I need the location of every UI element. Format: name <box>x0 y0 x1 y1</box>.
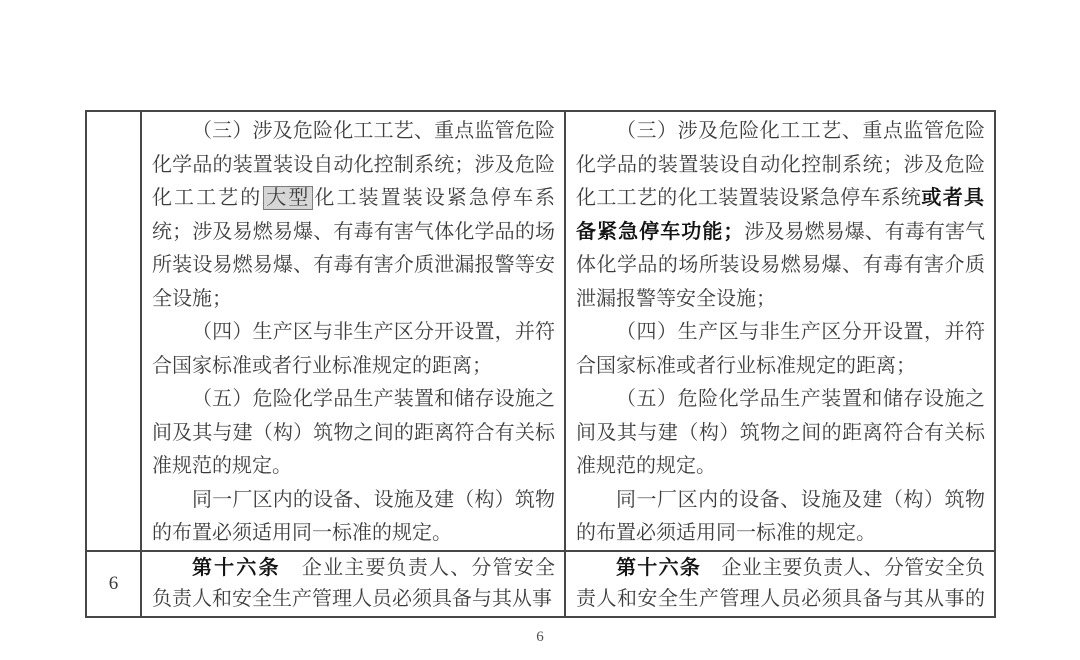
highlighted-term-box: 大型 <box>263 186 313 210</box>
article16-cell-original: 第十六条 企业主要负责人、分管安全负责人和安全生产管理人员必须具备与其从事 <box>142 552 566 616</box>
clause-paragraph-5-revised: （五）危险化学品生产装置和储存设施之间及其与建（构）筑物之间的距离符合有关标准规… <box>576 383 985 484</box>
clause-paragraph-same-plant-original: 同一厂区内的设备、设施及建（构）筑物的布置必须适用同一标准的规定。 <box>152 484 555 551</box>
article16-paragraph-original: 第十六条 企业主要负责人、分管安全负责人和安全生产管理人员必须具备与其从事 <box>152 553 555 615</box>
clause-cell-original: （三）涉及危险化工工艺、重点监管危险化学品的装置装设自动化控制系统；涉及危险化工… <box>142 112 566 552</box>
clause-paragraph-4-revised: （四）生产区与非生产区分开设置，并符合国家标准或者行业标准规定的距离； <box>576 316 985 383</box>
clause-paragraph-3-revised: （三）涉及危险化工工艺、重点监管危险化学品的装置装设自动化控制系统；涉及危险化工… <box>576 115 985 316</box>
row-number-cell-empty <box>87 112 142 552</box>
clause-paragraph-4-original: （四）生产区与非生产区分开设置，并符合国家标准或者行业标准规定的距离； <box>152 316 555 383</box>
clause-paragraph-5-original: （五）危险化学品生产装置和储存设施之间及其与建（构）筑物之间的距离符合有关标准规… <box>152 383 555 484</box>
article16-cell-revised: 第十六条 企业主要负责人、分管安全负责人和安全生产管理人员必须具备与其从事的生 <box>566 552 994 616</box>
regulation-comparison-table: （三）涉及危险化工工艺、重点监管危险化学品的装置装设自动化控制系统；涉及危险化工… <box>85 110 996 618</box>
article16-paragraph-revised: 第十六条 企业主要负责人、分管安全负责人和安全生产管理人员必须具备与其从事的生 <box>576 553 985 616</box>
article-number-label: 第十六条 <box>192 557 281 579</box>
clause-paragraph-same-plant-revised: 同一厂区内的设备、设施及建（构）筑物的布置必须适用同一标准的规定。 <box>576 484 985 551</box>
article-number-label: 第十六条 <box>616 557 701 579</box>
row-number-cell: 6 <box>87 552 142 616</box>
clause-cell-revised: （三）涉及危险化工工艺、重点监管危险化学品的装置装设自动化控制系统；涉及危险化工… <box>566 112 994 552</box>
page-number: 6 <box>0 629 1080 646</box>
clause-paragraph-3-original: （三）涉及危险化工工艺、重点监管危险化学品的装置装设自动化控制系统；涉及危险化工… <box>152 115 555 316</box>
document-page: （三）涉及危险化工工艺、重点监管危险化学品的装置装设自动化控制系统；涉及危险化工… <box>0 0 1080 660</box>
